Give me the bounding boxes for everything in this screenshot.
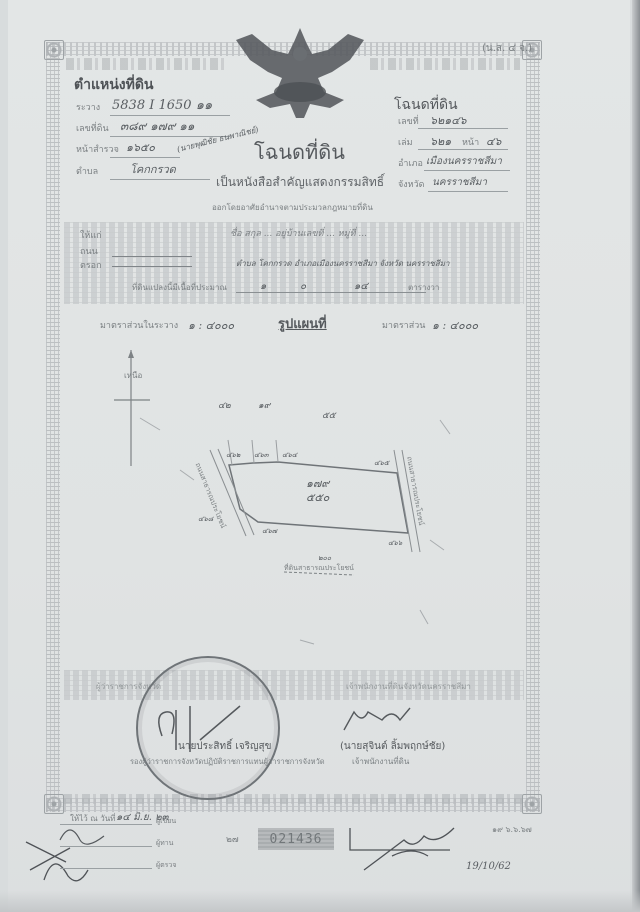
serial-number: 021436 (258, 828, 334, 850)
handwritten-date: 19/10/62 (466, 862, 511, 872)
right-signatory-name: (นายสุจินต์ ลิ้มพฤกษ์ชัย) (340, 742, 445, 752)
writer-label: ผู้เขียน (156, 818, 176, 825)
scan-shadow (0, 890, 640, 912)
right-signatory-title: เจ้าพนักงานที่ดิน (352, 758, 409, 766)
left-signatory-name: นายประสิทธิ์ เจริญสุข (178, 742, 272, 752)
inspector-label: ผู้ตรวจ (156, 862, 176, 869)
right-note: ๑๙ ๖.๖.๖๗ (492, 826, 532, 834)
left-signatory-title: รองผู้ว่าราชการจังหวัดปฏิบัติราชการแทนผู… (130, 758, 325, 766)
reviewer-label: ผู้ทาน (156, 840, 173, 847)
number-prefix: ๒๗ (226, 836, 239, 845)
signatures (0, 0, 640, 912)
issue-date-label: ให้ไว้ ณ วันที่ (70, 815, 115, 823)
